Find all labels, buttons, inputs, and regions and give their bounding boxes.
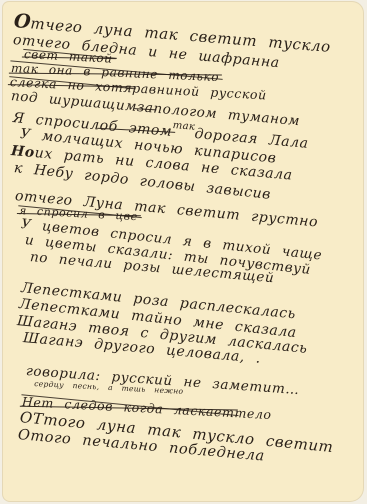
text-segment: тело [234,406,272,422]
manuscript-lines: Отчего луна так светит тусклоотчего блед… [8,10,358,496]
text-segment-insertion: так [172,120,195,133]
manuscript-page: Отчего луна так светит тусклоотчего блед… [2,1,364,502]
text-segment-struck: за [136,100,154,117]
text-segment: О [13,10,31,33]
